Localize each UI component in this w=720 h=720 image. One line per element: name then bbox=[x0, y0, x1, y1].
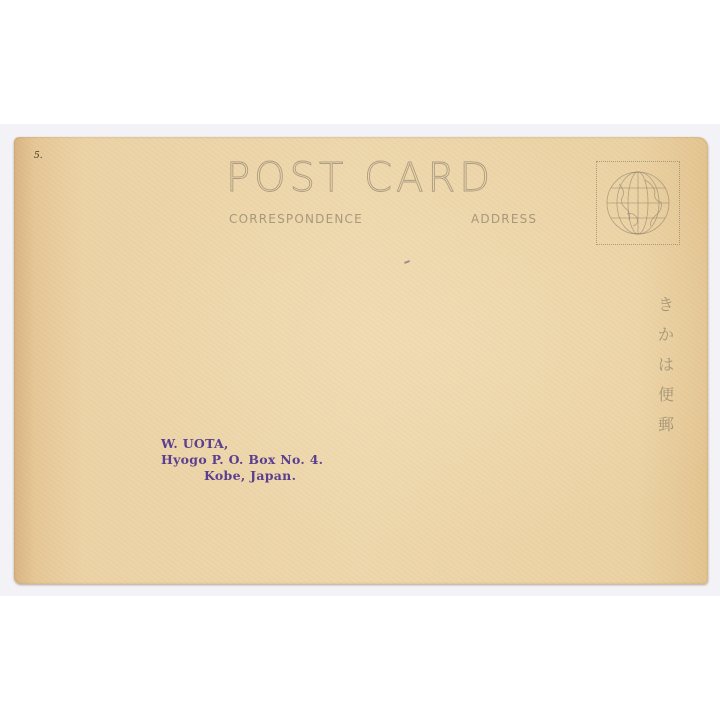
correspondence-label: CORRESPONDENCE bbox=[229, 212, 363, 226]
scan-background: 5. POST CARD CORRESPONDENCE ADDRESS き か … bbox=[0, 0, 720, 720]
jp-char: き bbox=[656, 290, 676, 320]
sender-address-stamp: W. UOTA, Hyogo P. O. Box No. 4. Kobe, Ja… bbox=[161, 436, 323, 484]
address-label: ADDRESS bbox=[471, 212, 537, 226]
sender-city: Kobe, Japan. bbox=[161, 468, 323, 484]
globe-icon bbox=[605, 170, 671, 236]
sender-po-box: Hyogo P. O. Box No. 4. bbox=[161, 452, 323, 468]
jp-char: は bbox=[656, 350, 676, 380]
page-number-mark: 5. bbox=[34, 151, 43, 161]
jp-char: か bbox=[656, 320, 676, 350]
stamp-box bbox=[596, 161, 680, 245]
jp-char: 便 bbox=[656, 380, 676, 410]
japanese-vertical-text: き か は 便 郵 bbox=[656, 290, 676, 440]
jp-char: 郵 bbox=[656, 410, 676, 440]
sender-name: W. UOTA, bbox=[161, 436, 323, 452]
postcard-title: POST CARD bbox=[226, 158, 494, 198]
